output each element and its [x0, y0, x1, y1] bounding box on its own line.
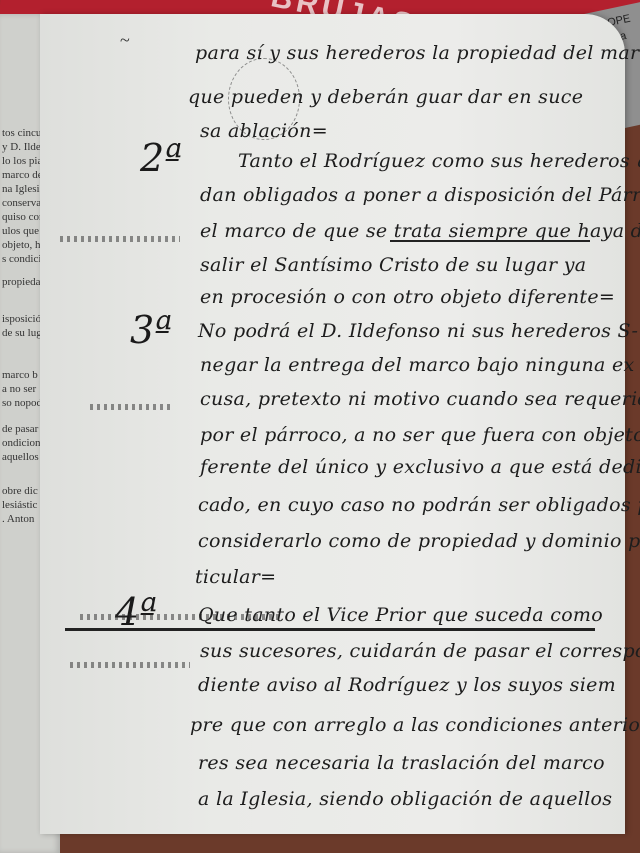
manuscript-line: para sí y sus herederos la propiedad del…	[195, 42, 640, 64]
manuscript-line: pre que con arreglo a las condiciones an…	[190, 714, 640, 736]
manuscript-line: negar la entrega del marco bajo ninguna …	[200, 354, 635, 376]
manuscript-line: sa ablación=	[200, 120, 328, 142]
manuscript-line: en procesión o con otro objeto diferente…	[200, 286, 615, 308]
bleed-through-smudge	[90, 404, 170, 410]
manuscript-line: Tanto el Rodríguez como sus herederos qu…	[238, 150, 640, 172]
top-mark: ~	[120, 30, 130, 51]
bleed-through-smudge	[80, 614, 280, 620]
manuscript-line: diente aviso al Rodríguez y los suyos si…	[198, 674, 616, 696]
bleed-through-smudge	[60, 236, 180, 242]
manuscript-line: sus sucesores, cuidarán de pasar el corr…	[200, 640, 640, 662]
clause-number: 2ª	[140, 136, 182, 180]
manuscript-line: salir el Santísimo Cristo de su lugar ya	[200, 254, 586, 276]
manuscript-line: que pueden y deberán guar dar en suce	[188, 86, 583, 108]
manuscript-sheet: ~ para sí y sus herederos la propiedad d…	[40, 14, 625, 834]
clause-number: 3ª	[130, 308, 172, 352]
manuscript-line: ferente del único y exclusivo a que está…	[200, 456, 640, 478]
underline	[390, 240, 590, 242]
manuscript-line: res sea necesaria la traslación del marc…	[198, 752, 605, 774]
manuscript-line: No podrá el D. Ildefonso ni sus heredero…	[198, 320, 638, 342]
manuscript-line: cado, en cuyo caso no podrán ser obligad…	[198, 494, 640, 516]
manuscript-line: ticular=	[195, 566, 276, 588]
manuscript-line: cusa, pretexto ni motivo cuando sea requ…	[200, 388, 640, 410]
manuscript-line: el marco de que se trata siempre que hay…	[200, 220, 640, 242]
manuscript-line: considerarlo como de propiedad y dominio…	[198, 530, 640, 552]
manuscript-line: por el párroco, a no ser que fuera con o…	[200, 424, 640, 446]
manuscript-line: a la Iglesia, siendo obligación de aquel…	[198, 788, 612, 810]
bleed-through-smudge	[70, 662, 190, 668]
strike-rule	[65, 628, 595, 631]
manuscript-line: dan obligados a poner a disposición del …	[200, 184, 640, 206]
